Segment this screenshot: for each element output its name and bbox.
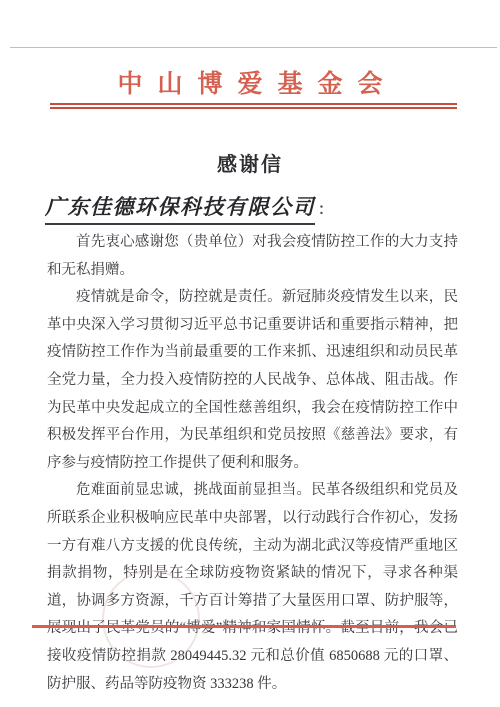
- letterhead-org-name: 中山博爱基金会: [0, 64, 500, 100]
- top-hairline-rule: [10, 47, 497, 48]
- letter-title: 感谢信: [0, 148, 500, 177]
- footer-rule: [32, 625, 456, 628]
- letter-page: 中山博爱基金会 感谢信 广东佳德环保科技有限公司： 首先衷心感谢您（贵单位）对我…: [0, 0, 500, 707]
- letterhead-double-rule: [50, 103, 457, 109]
- paragraph-thanks: 首先衷心感谢您（贵单位）对我会疫情防控工作的大力支持和无私捐赠。: [47, 229, 458, 284]
- recipient-name: 广东佳德环保科技有限公司: [45, 191, 315, 225]
- paragraph-donations-summary: 危难面前显忠诚，挑战面前显担当。民革各级组织和党员及所联系企业积极响应民革中央部…: [47, 477, 458, 698]
- paragraph-epidemic-response: 疫情就是命令，防控就是责任。新冠肺炎疫情发生以来，民革中央深入学习贯彻习近平总书…: [47, 284, 458, 477]
- salutation-colon: ：: [318, 202, 335, 218]
- salutation-line: 广东佳德环保科技有限公司：: [45, 191, 335, 225]
- faint-stamp-circle: [102, 570, 200, 668]
